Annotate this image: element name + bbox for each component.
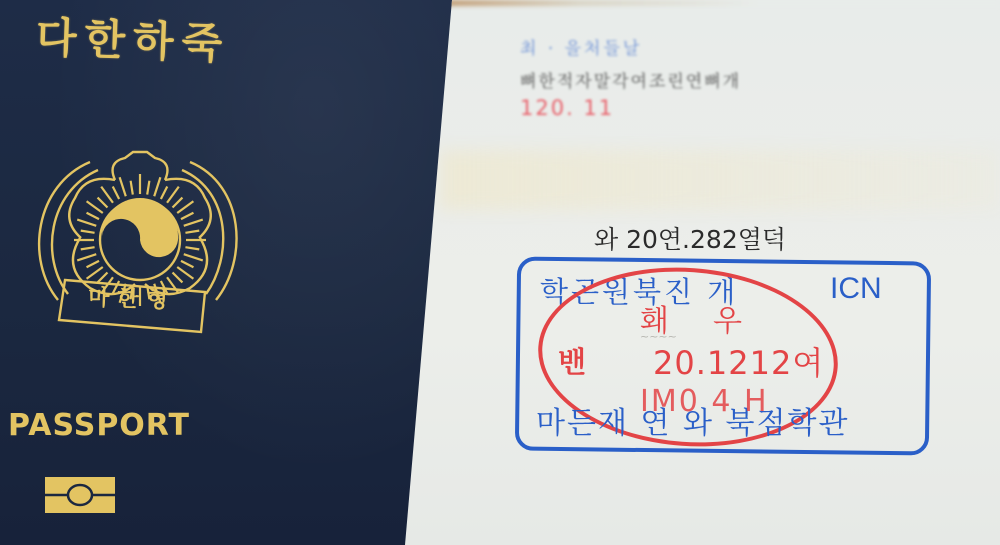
red-stamp-mark: 밴 — [558, 340, 586, 381]
blue-stamp-airport-code: ICN — [830, 272, 882, 306]
emblem-label: 마한형 — [62, 280, 203, 316]
visa-header-line2: 뼈한적자말각여조린연뼈개 — [520, 67, 741, 92]
passport-label: PASSPORT — [8, 408, 190, 443]
cover-title: 다한하죽 — [35, 5, 231, 72]
visa-header-line1: 최 · 을처들날 — [520, 34, 741, 59]
photo-scene: 다한하죽 마한형 PASSPORT 최 — [0, 0, 1000, 545]
visa-header: 최 · 을처들날 뼈한적자말각여조린연뼈개 120. 11 — [520, 34, 741, 120]
red-stamp-code: IM0 4 H — [640, 384, 769, 419]
red-stamp-date: 20.1212여 — [653, 338, 824, 384]
red-stamp-title: 홰우 — [640, 296, 786, 340]
biometric-chip-icon — [44, 476, 116, 514]
visa-date-line: 와 20연.282열덕 — [594, 220, 786, 256]
visa-header-line3: 120. 11 — [520, 96, 741, 120]
